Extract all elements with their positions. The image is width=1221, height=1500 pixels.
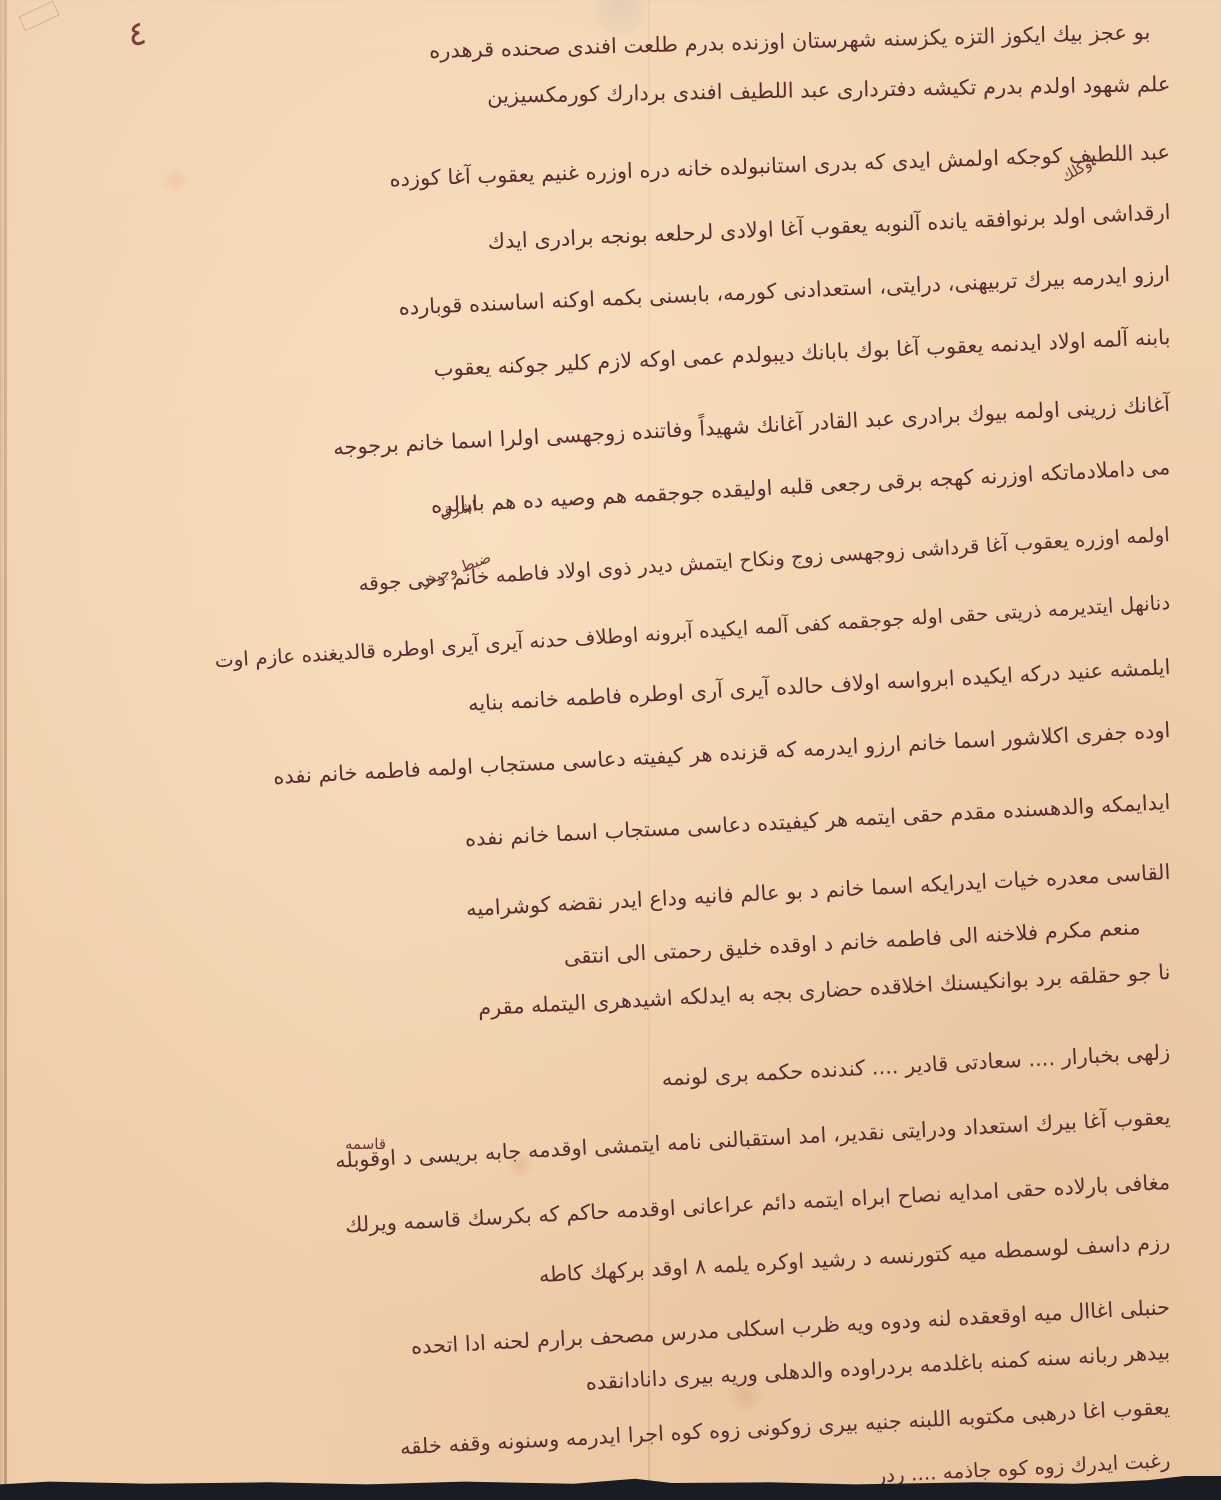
page-binding-edge <box>4 0 7 1490</box>
text-line: القاسى معدره خيات ايدرايكه اسما خانم د ب… <box>465 860 1171 921</box>
text-line: منعم مكرم فلاخنه الى فاطمه خانم د اوقده … <box>563 915 1141 969</box>
text-line: يعقوب اغا درهبى مكتوبه اللبنه جنيه بيرى … <box>400 1395 1171 1459</box>
text-line: بابنه آلمه اولاد ايدنمه يعقوب آغا بوك با… <box>433 325 1171 381</box>
text-line: مغافى بارلاده حقى امدايه نصاح ابراه ايتم… <box>345 1170 1171 1237</box>
text-line: مى داملادماتكه اوزرنه كهجه برقى رجعى قلب… <box>430 455 1170 518</box>
text-line: بيدهر ربانه سنه كمنه باغلدمه بردراوده وا… <box>585 1340 1170 1395</box>
text-line: عبد اللطيف كوجكه اولمش ايدى كه بدرى استا… <box>389 140 1170 191</box>
text-line: دنانهل ايتديرمه ذريتى حقى اوله جوجقمه كف… <box>214 590 1171 672</box>
corner-crease <box>18 1 59 32</box>
text-line: ايدايمكه والدهسنده مقدم حقى ايتمه هر كيف… <box>464 790 1170 851</box>
text-line: ايلمشه عنيد دركه ايكيده ابرواسه اولاف حا… <box>467 655 1171 716</box>
text-line: بو عجز بيك ايكوز التزه يكزسنه شهرستان او… <box>429 20 1151 63</box>
page-number: ٤ <box>125 13 149 55</box>
text-line: نا جو حقلقه برد بوانكيسنك اخلاقده حضارى … <box>477 960 1171 1020</box>
text-line: آغانك زرينى اولمه بيوك برادرى عبد القادر… <box>333 392 1171 460</box>
text-line: علم شهود اولدم بدرم تكيشه دفتردارى عبد ا… <box>487 72 1171 108</box>
text-line: رزم داسف لوسمطه ميه كتورنسه د رشيد اوكره… <box>538 1230 1170 1287</box>
text-line: زلهى بخبارار .... سعادتى قادير .... كندن… <box>661 1040 1171 1091</box>
manuscript-text-block: بو عجز بيك ايكوز التزه يكزسنه شهرستان او… <box>170 0 1170 1490</box>
manuscript-page: ٤ بو عجز بيك ايكوز التزه يكزسنه شهرستان … <box>0 0 1221 1490</box>
text-line: ارزو ايدرمه بيرك تربيهنى، درايتى، استعدا… <box>398 262 1170 320</box>
text-line: اوده جفرى اكلاشور اسما خانم ارزو ايدرمه … <box>272 718 1170 789</box>
interlinear-note: قاسمه <box>345 1135 386 1153</box>
text-line: ارقداشى اولد برنوافقه يانده آلنوبه يعقوب… <box>487 200 1171 254</box>
text-line: يعقوب آغا بيرك استعداد ودرايتى نقدير، ام… <box>334 1105 1170 1173</box>
